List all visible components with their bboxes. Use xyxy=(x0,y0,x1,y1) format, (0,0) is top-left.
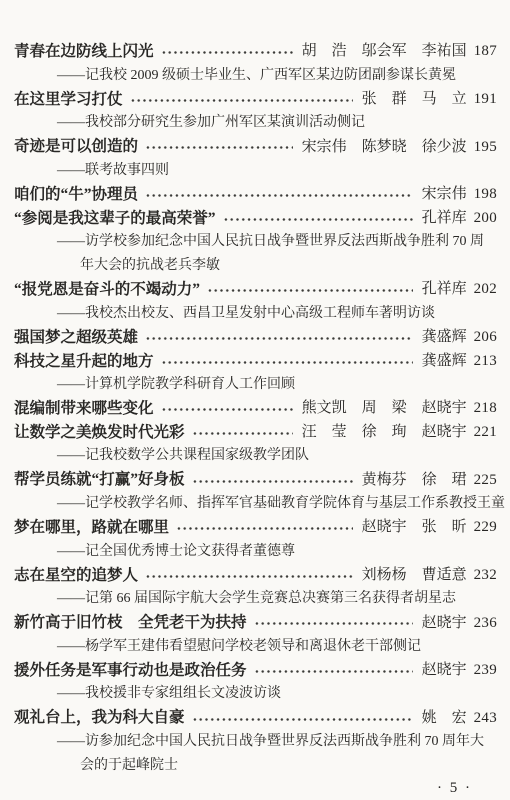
entry-title: 强国梦之超级英雄 xyxy=(14,330,138,346)
toc-entry: 让数学之美焕发时代光彩 汪 莹 徐 珣 赵晓宇 221 ——记我校数学公共课程国… xyxy=(14,421,497,469)
entry-title: 让数学之美焕发时代光彩 xyxy=(14,425,185,441)
entry-page-number: 200 xyxy=(474,211,497,226)
entry-title: 观礼台上，我为科大自豪 xyxy=(14,710,185,726)
dot-leader xyxy=(207,278,413,302)
entry-page-number: 221 xyxy=(474,425,497,440)
entry-authors: 赵晓宇 xyxy=(422,663,467,678)
entry-subtitle: ——记学校教学名师、指挥军官基础教育学院体育与基层工作系教授王童 xyxy=(14,492,497,516)
toc-entry-row: 青春在边防线上闪光 胡 浩 邬会军 李祐国 187 xyxy=(14,40,497,64)
toc-entry-row: 志在星空的追梦人 刘杨杨 曹适意 232 xyxy=(14,564,497,588)
toc-entry: 帮学员练就“打赢”好身板 黄梅芬 徐 珺 225 ——记学校教学名师、指挥军官基… xyxy=(14,468,497,516)
entry-subtitle: ——杨学军王建伟看望慰问学校老领导和离退休老干部侧记 xyxy=(14,635,497,659)
toc-entry-row: 强国梦之超级英雄 龚盛辉 206 xyxy=(14,326,497,350)
entry-authors: 汪 莹 徐 珣 赵晓宇 xyxy=(302,425,467,440)
entry-title: 奇迹是可以创造的 xyxy=(14,139,138,155)
toc-entry: 咱们的“牛”协理员 宋宗伟 198 xyxy=(14,183,497,207)
page-number-footer: · 5 · xyxy=(14,780,497,797)
toc-list: 青春在边防线上闪光 胡 浩 邬会军 李祐国 187 ——记我校 2009 级硕士… xyxy=(14,40,497,778)
toc-entry: 科技之星升起的地方 龚盛辉 213 ——计算机学院教学科研育人工作回顾 xyxy=(14,349,497,397)
entry-subtitle: ——我校杰出校友、西昌卫星发射中心高级工程师车著明访谈 xyxy=(14,302,497,326)
toc-entry-row: 让数学之美焕发时代光彩 汪 莹 徐 珣 赵晓宇 221 xyxy=(14,421,497,445)
toc-entry: 青春在边防线上闪光 胡 浩 邬会军 李祐国 187 ——记我校 2009 级硕士… xyxy=(14,40,497,88)
toc-entry: 观礼台上，我为科大自豪 姚 宏 243 ——访参加纪念中国人民抗日战争暨世界反法… xyxy=(14,706,497,777)
entry-subtitle: ——联考故事四则 xyxy=(14,159,497,183)
dot-leader xyxy=(161,349,413,373)
entry-subtitle: ——记我校数学公共课程国家级教学团队 xyxy=(14,445,497,469)
dot-leader xyxy=(176,516,353,540)
dot-leader xyxy=(192,706,413,730)
dot-leader xyxy=(223,207,413,231)
toc-page: 青春在边防线上闪光 胡 浩 邬会军 李祐国 187 ——记我校 2009 级硕士… xyxy=(0,0,510,800)
dot-leader xyxy=(161,397,293,421)
toc-entry: 在这里学习打仗 张 群 马 立 191 ——我校部分研究生参加广州军区某演训活动… xyxy=(14,88,497,136)
entry-authors: 赵晓宇 张 昕 xyxy=(362,520,467,535)
entry-subtitle: ——计算机学院教学科研育人工作回顾 xyxy=(14,373,497,397)
entry-title: 新竹高于旧竹枝 全凭老干为扶持 xyxy=(14,615,247,631)
dot-leader xyxy=(254,611,413,635)
dot-leader xyxy=(192,468,353,492)
entry-authors: 孔祥库 xyxy=(422,282,467,297)
toc-entry-row: 援外任务是军事行动也是政治任务 赵晓宇 239 xyxy=(14,659,497,683)
entry-subtitle-continuation: 会的于起峰院士 xyxy=(14,754,497,778)
entry-authors: 赵晓宇 xyxy=(422,616,467,631)
entry-subtitle: ——记第 66 届国际宇航大会学生竞赛总决赛第三名获得者胡星志 xyxy=(14,587,497,611)
dot-leader xyxy=(254,659,413,683)
entry-authors: 熊文凯 周 梁 赵晓宇 xyxy=(302,401,467,416)
entry-page-number: 195 xyxy=(474,140,497,155)
entry-title: 帮学员练就“打赢”好身板 xyxy=(14,472,185,488)
toc-entry-row: 观礼台上，我为科大自豪 姚 宏 243 xyxy=(14,706,497,730)
entry-title: 梦在哪里，路就在哪里 xyxy=(14,520,169,536)
entry-subtitle: ——记全国优秀博士论文获得者董德尊 xyxy=(14,540,497,564)
entry-title: 咱们的“牛”协理员 xyxy=(14,187,138,203)
entry-page-number: 232 xyxy=(474,568,497,583)
entry-subtitle: ——访参加纪念中国人民抗日战争暨世界反法西斯战争胜利 70 周年大 xyxy=(14,730,497,754)
entry-authors: 宋宗伟 xyxy=(422,187,467,202)
toc-entry: 新竹高于旧竹枝 全凭老干为扶持 赵晓宇 236 ——杨学军王建伟看望慰问学校老领… xyxy=(14,611,497,659)
toc-entry-row: 咱们的“牛”协理员 宋宗伟 198 xyxy=(14,183,497,207)
entry-page-number: 206 xyxy=(474,330,497,345)
toc-entry-row: 梦在哪里，路就在哪里 赵晓宇 张 昕 229 xyxy=(14,516,497,540)
entry-page-number: 225 xyxy=(474,473,497,488)
dot-leader xyxy=(145,326,413,350)
entry-page-number: 239 xyxy=(474,663,497,678)
entry-authors: 黄梅芬 徐 珺 xyxy=(362,473,467,488)
entry-title: 青春在边防线上闪光 xyxy=(14,44,154,60)
entry-subtitle: ——我校部分研究生参加广州军区某演训活动侧记 xyxy=(14,111,497,135)
entry-authors: 龚盛辉 xyxy=(422,354,467,369)
entry-authors: 孔祥库 xyxy=(422,211,467,226)
entry-title: 志在星空的追梦人 xyxy=(14,568,138,584)
toc-entry-row: 混编制带来哪些变化 熊文凯 周 梁 赵晓宇 218 xyxy=(14,397,497,421)
entry-authors: 姚 宏 xyxy=(422,711,467,726)
entry-title: 科技之星升起的地方 xyxy=(14,354,154,370)
toc-entry-row: 帮学员练就“打赢”好身板 黄梅芬 徐 珺 225 xyxy=(14,468,497,492)
entry-page-number: 198 xyxy=(474,187,497,202)
entry-subtitle: ——记我校 2009 级硕士毕业生、广西军区某边防团副参谋长黄冕 xyxy=(14,64,497,88)
toc-entry-row: 科技之星升起的地方 龚盛辉 213 xyxy=(14,349,497,373)
toc-entry-row: “报党恩是奋斗的不竭动力” 孔祥库 202 xyxy=(14,278,497,302)
toc-entry: 志在星空的追梦人 刘杨杨 曹适意 232 ——记第 66 届国际宇航大会学生竞赛… xyxy=(14,564,497,612)
entry-page-number: 229 xyxy=(474,520,497,535)
toc-entry-row: 奇迹是可以创造的 宋宗伟 陈梦晓 徐少波 195 xyxy=(14,135,497,159)
entry-title: 混编制带来哪些变化 xyxy=(14,401,154,417)
toc-entry: “参阅是我这辈子的最高荣誉” 孔祥库 200 ——访学校参加纪念中国人民抗日战争… xyxy=(14,207,497,278)
entry-authors: 张 群 马 立 xyxy=(362,92,467,107)
entry-authors: 宋宗伟 陈梦晓 徐少波 xyxy=(302,140,467,155)
toc-entry: “报党恩是奋斗的不竭动力” 孔祥库 202 ——我校杰出校友、西昌卫星发射中心高… xyxy=(14,278,497,326)
toc-entry-row: “参阅是我这辈子的最高荣誉” 孔祥库 200 xyxy=(14,207,497,231)
entry-title: “报党恩是奋斗的不竭动力” xyxy=(14,282,200,298)
toc-entry-row: 新竹高于旧竹枝 全凭老干为扶持 赵晓宇 236 xyxy=(14,611,497,635)
entry-page-number: 218 xyxy=(474,401,497,416)
entry-subtitle: ——我校援非专家组组长文凌波访谈 xyxy=(14,683,497,707)
entry-page-number: 243 xyxy=(474,711,497,726)
dot-leader xyxy=(145,183,413,207)
entry-title: 在这里学习打仗 xyxy=(14,92,123,108)
dot-leader xyxy=(130,88,353,112)
toc-entry: 强国梦之超级英雄 龚盛辉 206 xyxy=(14,326,497,350)
toc-entry: 奇迹是可以创造的 宋宗伟 陈梦晓 徐少波 195 ——联考故事四则 xyxy=(14,135,497,183)
entry-title: “参阅是我这辈子的最高荣誉” xyxy=(14,211,216,227)
entry-page-number: 187 xyxy=(474,44,497,59)
toc-entry: 混编制带来哪些变化 熊文凯 周 梁 赵晓宇 218 xyxy=(14,397,497,421)
entry-page-number: 202 xyxy=(474,282,497,297)
entry-subtitle: ——访学校参加纪念中国人民抗日战争暨世界反法西斯战争胜利 70 周 xyxy=(14,230,497,254)
entry-authors: 龚盛辉 xyxy=(422,330,467,345)
dot-leader xyxy=(161,40,293,64)
dot-leader xyxy=(145,135,293,159)
toc-entry-row: 在这里学习打仗 张 群 马 立 191 xyxy=(14,88,497,112)
entry-page-number: 191 xyxy=(474,92,497,107)
dot-leader xyxy=(145,564,353,588)
entry-authors: 胡 浩 邬会军 李祐国 xyxy=(302,44,467,59)
toc-entry: 援外任务是军事行动也是政治任务 赵晓宇 239 ——我校援非专家组组长文凌波访谈 xyxy=(14,659,497,707)
toc-entry: 梦在哪里，路就在哪里 赵晓宇 张 昕 229 ——记全国优秀博士论文获得者董德尊 xyxy=(14,516,497,564)
entry-page-number: 236 xyxy=(474,616,497,631)
dot-leader xyxy=(192,421,293,445)
entry-page-number: 213 xyxy=(474,354,497,369)
entry-authors: 刘杨杨 曹适意 xyxy=(362,568,467,583)
entry-subtitle-continuation: 年大会的抗战老兵李敏 xyxy=(14,254,497,278)
entry-title: 援外任务是军事行动也是政治任务 xyxy=(14,663,247,679)
